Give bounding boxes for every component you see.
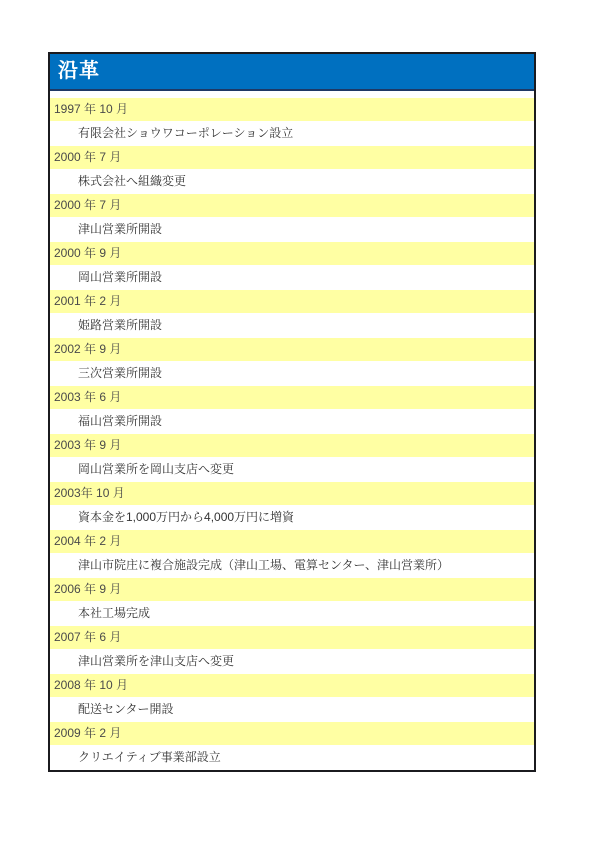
history-entry: 2001 年 2 月 姫路営業所開設 bbox=[50, 290, 534, 338]
entry-date: 2003 年 6 月 bbox=[50, 386, 534, 409]
history-entry: 2002 年 9 月 三次営業所開設 bbox=[50, 338, 534, 386]
history-entry: 2008 年 10 月 配送センター開設 bbox=[50, 674, 534, 722]
history-entry: 2003年 10 月 資本金を1,000万円から4,000万円に増資 bbox=[50, 482, 534, 530]
entry-event: 岡山営業所開設 bbox=[50, 265, 534, 290]
history-entry: 2009 年 2 月 クリエイティブ事業部設立 bbox=[50, 722, 534, 770]
entry-event: 岡山営業所を岡山支店へ変更 bbox=[50, 457, 534, 482]
history-entries: 1997 年 10 月 有限会社ショウワコーポレーション設立 2000 年 7 … bbox=[50, 98, 534, 770]
entry-date: 2004 年 2 月 bbox=[50, 530, 534, 553]
history-entry: 1997 年 10 月 有限会社ショウワコーポレーション設立 bbox=[50, 98, 534, 146]
entry-date: 2001 年 2 月 bbox=[50, 290, 534, 313]
entry-event: 津山営業所を津山支店へ変更 bbox=[50, 649, 534, 674]
entry-date: 2006 年 9 月 bbox=[50, 578, 534, 601]
entry-date: 2000 年 9 月 bbox=[50, 242, 534, 265]
entry-event: 配送センター開設 bbox=[50, 697, 534, 722]
entry-event: 株式会社へ組織変更 bbox=[50, 169, 534, 194]
header-spacer bbox=[50, 91, 534, 98]
history-entry: 2003 年 6 月 福山営業所開設 bbox=[50, 386, 534, 434]
entry-date: 2008 年 10 月 bbox=[50, 674, 534, 697]
history-entry: 2000 年 7 月 株式会社へ組織変更 bbox=[50, 146, 534, 194]
entry-event: クリエイティブ事業部設立 bbox=[50, 745, 534, 770]
entry-event: 有限会社ショウワコーポレーション設立 bbox=[50, 121, 534, 146]
entry-date: 2003年 10 月 bbox=[50, 482, 534, 505]
entry-event: 福山営業所開設 bbox=[50, 409, 534, 434]
entry-event: 津山市院庄に複合施設完成（津山工場、電算センター、津山営業所） bbox=[50, 553, 534, 578]
entry-date: 2007 年 6 月 bbox=[50, 626, 534, 649]
entry-date: 1997 年 10 月 bbox=[50, 98, 534, 121]
history-table: 沿革 1997 年 10 月 有限会社ショウワコーポレーション設立 2000 年… bbox=[48, 52, 536, 772]
entry-event: 津山営業所開設 bbox=[50, 217, 534, 242]
entry-date: 2002 年 9 月 bbox=[50, 338, 534, 361]
history-entry: 2007 年 6 月 津山営業所を津山支店へ変更 bbox=[50, 626, 534, 674]
history-entry: 2000 年 7 月 津山営業所開設 bbox=[50, 194, 534, 242]
history-entry: 2003 年 9 月 岡山営業所を岡山支店へ変更 bbox=[50, 434, 534, 482]
entry-date: 2000 年 7 月 bbox=[50, 194, 534, 217]
entry-event: 姫路営業所開設 bbox=[50, 313, 534, 338]
entry-date: 2009 年 2 月 bbox=[50, 722, 534, 745]
entry-date: 2003 年 9 月 bbox=[50, 434, 534, 457]
entry-event: 三次営業所開設 bbox=[50, 361, 534, 386]
company-history-page: 沿革 1997 年 10 月 有限会社ショウワコーポレーション設立 2000 年… bbox=[0, 0, 600, 848]
entry-event: 資本金を1,000万円から4,000万円に増資 bbox=[50, 505, 534, 530]
history-entry: 2000 年 9 月 岡山営業所開設 bbox=[50, 242, 534, 290]
entry-event: 本社工場完成 bbox=[50, 601, 534, 626]
history-entry: 2006 年 9 月 本社工場完成 bbox=[50, 578, 534, 626]
entry-date: 2000 年 7 月 bbox=[50, 146, 534, 169]
history-entry: 2004 年 2 月 津山市院庄に複合施設完成（津山工場、電算センター、津山営業… bbox=[50, 530, 534, 578]
history-table-header: 沿革 bbox=[50, 54, 534, 91]
